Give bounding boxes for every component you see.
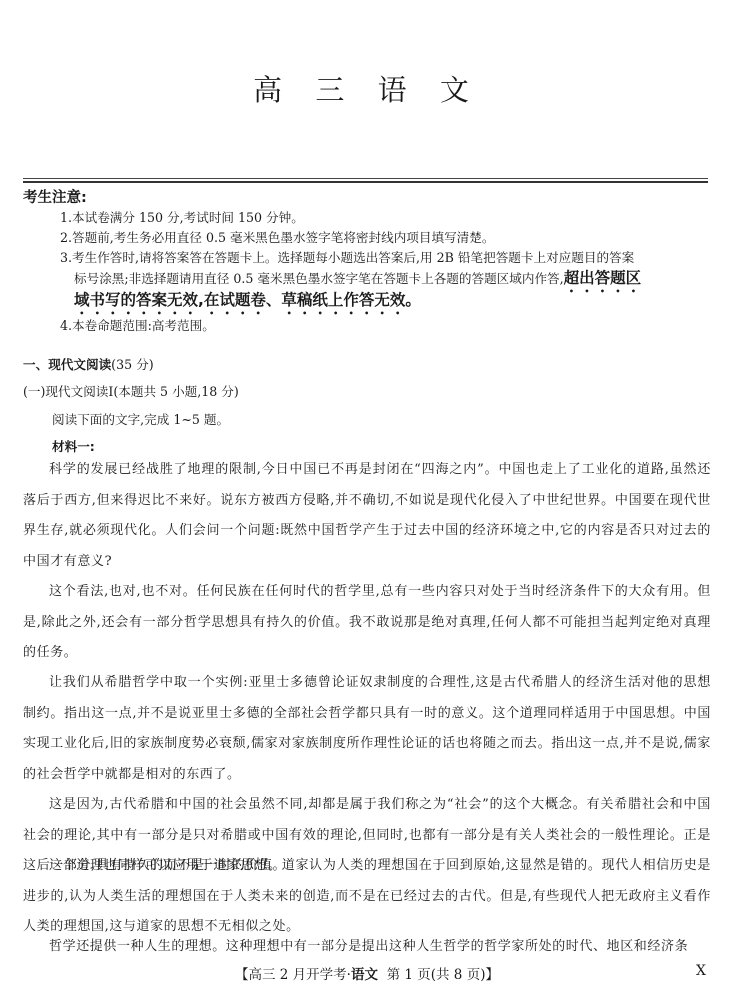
notice-emphasis-1: 超出答题区 [564, 269, 642, 287]
paragraph-2: 这个看法,也对,也不对。任何民族在任何时代的哲学里,总有一些内容只对处于当时经济… [23, 577, 711, 669]
footer-subject: 语文 [351, 967, 378, 983]
divider-thin [23, 178, 708, 179]
footer-mark: X [696, 963, 706, 979]
divider-thick [23, 181, 708, 183]
page-footer: 【高三 2 月开学考·语文 第 1 页(共 8 页)】 [0, 963, 734, 983]
paragraph-6: 哲学还提供一种人生的理想。这种理想中有一部分是提出这种人生哲学的哲学家所处的时代… [23, 932, 711, 962]
reading-instruction: 阅读下面的文字,完成 1~5 题。 [52, 409, 229, 428]
section-heading: 一、现代文阅读(35 分) [23, 354, 154, 373]
paragraph-3: 让我们从希腊哲学中取一个实例:亚里士多德曾论证奴隶制度的合理性,这是古代希腊人的… [23, 668, 711, 790]
section-heading-score: (35 分) [111, 357, 153, 372]
notice-item-2: 2.答题前,考生务必用直径 0.5 毫米黑色墨水签字笔将密封线内项目填写清楚。 [60, 227, 494, 246]
paragraph-1: 科学的发展已经战胜了地理的限制,今日中国已不再是封闭在“四海之内”。中国也走上了… [23, 455, 711, 577]
section-heading-bold: 一、现代文阅读 [23, 357, 111, 372]
notice-item-3-line-3: 域书写的答案无效,在试题卷、草稿纸上作答无效。 [74, 288, 421, 318]
notice-item-1: 1.本试卷满分 150 分,考试时间 150 分钟。 [60, 207, 304, 226]
footer-page-info: 第 1 页(共 8 页)】 [387, 967, 499, 983]
subsection-heading: (一)现代文阅读Ⅰ(本题共 5 小题,18 分) [23, 381, 239, 400]
notice-item-3-plain: 标号涂黑;非选择题请用直径 0.5 毫米黑色墨水签字笔在答题卡上各题的答题区域内… [74, 271, 564, 286]
material-label: 材料一: [52, 436, 95, 455]
paragraph-5: 这个道理也同样可以应用于道家思想。道家认为人类的理想国在于回到原始,这显然是错的… [23, 851, 711, 943]
notice-heading: 考生注意: [23, 186, 87, 207]
notice-item-3: 3.考生作答时,请将答案答在答题卡上。选择题每小题选出答案后,用 2B 铅笔把答… [60, 247, 634, 266]
page-title: 高 三 语 文 [0, 68, 734, 109]
notice-item-4: 4.本卷命题范围:高考范围。 [60, 315, 215, 334]
notice-emphasis-2: 域书写的答案无效,在试题卷、草稿纸上作答无效。 [74, 291, 421, 309]
